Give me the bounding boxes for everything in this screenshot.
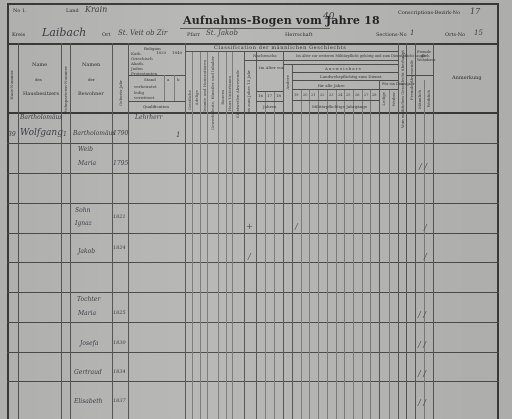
ledige-label: Ledige bbox=[381, 92, 386, 106]
pfarr-label: Pfarr bbox=[187, 32, 200, 38]
birth-year: 1790 bbox=[113, 130, 128, 137]
fremde-label: Fremde Abwesende bbox=[409, 60, 414, 100]
ort-value: St. Veit ob Zir bbox=[118, 29, 167, 37]
birth-year: 1795 bbox=[113, 160, 128, 167]
class-col: Gewerbsleute, Künstler und Inhaber bbox=[210, 56, 215, 130]
age-year: 27 bbox=[364, 93, 368, 97]
col-resident-des: der bbox=[88, 77, 95, 82]
status-row: verwitwet bbox=[134, 95, 154, 100]
age-year: 23 bbox=[329, 93, 333, 97]
kreis-value: Laibach bbox=[42, 26, 86, 39]
religion-row: Protestanten bbox=[131, 71, 157, 76]
age-group-label: Im Alter von bbox=[259, 65, 284, 70]
form-number: No 1. bbox=[13, 8, 27, 14]
ort-label: Ort bbox=[102, 32, 111, 38]
maennlich-label: Männlich bbox=[417, 90, 422, 109]
status-col: b bbox=[177, 77, 180, 82]
jahre-label: Jahren bbox=[263, 104, 276, 109]
age-year: 25 bbox=[346, 93, 350, 97]
resident-relation: Tochter bbox=[77, 296, 100, 303]
resident-name: Maria bbox=[78, 310, 96, 317]
col-house-number: Haus-Nummer bbox=[9, 70, 14, 100]
house-number: 39 bbox=[8, 131, 16, 138]
class-col: Einstweilen Abwesende bbox=[235, 70, 240, 118]
col-birth-year: Geburts-Jahr bbox=[118, 80, 123, 106]
status-row: verheiratet bbox=[134, 84, 157, 89]
age-detail-label: für alle Jahre bbox=[318, 83, 345, 88]
class-col: Geistliche bbox=[187, 90, 192, 110]
family-number: 1 bbox=[63, 131, 67, 138]
tally-mark: / / bbox=[418, 310, 426, 319]
ortsnr-value: 15 bbox=[474, 29, 483, 37]
status-col: a bbox=[167, 77, 169, 82]
total-women-label: Vom weiblichen Geschlecht überhaupt bbox=[400, 50, 405, 128]
section-label: Sections-No bbox=[376, 32, 407, 38]
classification-title: Classification der männlichen Geschlecht… bbox=[214, 45, 346, 51]
foreign-title: Fremde der Wohnhaus bbox=[417, 50, 431, 62]
qualification-label: Qualification bbox=[143, 104, 169, 109]
col-family-number: Wohnparteien-Nummer bbox=[63, 66, 68, 114]
resident-name: Gertraud bbox=[74, 369, 102, 376]
tally-mark: / / bbox=[418, 340, 426, 349]
reserves-label: Ausweisbare bbox=[325, 66, 362, 71]
nachwuchs-label: Nachwuchs bbox=[253, 53, 277, 58]
tally-mark: / / bbox=[419, 162, 427, 171]
class-col: Beamte und Honoratioren bbox=[202, 60, 207, 113]
landwehr-label: Landwehrpflichtig zum Dienst bbox=[320, 74, 381, 79]
resident-name: Elisabeth bbox=[74, 398, 103, 405]
status-title: Stand bbox=[144, 77, 156, 82]
year-suffix: 40 bbox=[323, 12, 334, 22]
form-title: Aufnahms-Bogen vom Jahre 18 bbox=[183, 14, 380, 27]
tally-mark: / / bbox=[418, 369, 426, 378]
herrschaft-label: Herrschaft bbox=[285, 32, 313, 38]
tally-mark: / bbox=[424, 252, 427, 261]
owner-first-name: Bartholomäus bbox=[20, 114, 62, 121]
age-year: 26 bbox=[355, 93, 359, 97]
resident-relation: Weib bbox=[78, 146, 93, 153]
resident-name: Ignaz bbox=[75, 220, 92, 227]
resident-name: Josefa bbox=[80, 340, 98, 347]
age-year: 21 bbox=[311, 93, 315, 97]
tally-mark: / bbox=[248, 252, 251, 261]
under-age-label: bis zum Jahre 15 Jahr bbox=[246, 70, 251, 114]
age-year: 22 bbox=[320, 93, 324, 97]
census-form-sheet: No 1. Land Krain Aufnahms-Bogen vom Jahr… bbox=[0, 0, 512, 419]
birth-year: 1825 bbox=[113, 310, 126, 316]
resident-name: Bartholomäus bbox=[73, 130, 115, 137]
military-note: Im Alter zur weiteren Militärpflicht geh… bbox=[296, 54, 429, 58]
col-resident-sub: Bewohner bbox=[78, 91, 104, 97]
tally-mark: / bbox=[295, 222, 298, 231]
religion-col: 1840 bbox=[172, 50, 182, 55]
resident-name: Jakob bbox=[78, 248, 95, 255]
ortsnr-label: Orts-No bbox=[445, 32, 465, 38]
count-mark: 1 bbox=[176, 131, 180, 139]
birth-year: 1824 bbox=[113, 245, 126, 251]
owner-last-name: Wolfgang bbox=[20, 128, 63, 138]
age-year: 19 bbox=[294, 93, 298, 97]
col-owner-des: des bbox=[35, 77, 42, 82]
qualification: Lehrherr bbox=[135, 114, 162, 121]
birth-year: 1821 bbox=[113, 214, 126, 220]
andere-label: Andere bbox=[285, 75, 290, 90]
age-col: 18 bbox=[276, 93, 281, 98]
col-owner-sub: Hausbesitzers bbox=[23, 91, 59, 97]
class-col: Bauern bbox=[220, 90, 225, 105]
age-col: 17 bbox=[267, 93, 272, 98]
tally-mark: + bbox=[246, 222, 253, 231]
weiber-label: Weiber bbox=[391, 92, 396, 106]
col-owner-title: Name bbox=[32, 62, 47, 68]
class-col: Haus-Untertanen bbox=[227, 76, 232, 111]
religion-col: 1833 bbox=[156, 50, 166, 55]
class-col: Adelige bbox=[194, 90, 199, 105]
land-label: Land bbox=[66, 8, 79, 14]
birth-year: 1837 bbox=[113, 398, 126, 404]
conscription-label: Conscriptions-Bezirk-No bbox=[398, 10, 460, 16]
tally-mark: / / bbox=[418, 398, 426, 407]
conscription-value: 17 bbox=[470, 7, 480, 16]
birth-year: 1830 bbox=[113, 340, 126, 346]
col-resident-title: Namen bbox=[82, 62, 100, 68]
pfarr-value: St. Jakob bbox=[206, 29, 238, 37]
weiblich-label: Weiblich bbox=[426, 90, 431, 107]
land-value: Krain bbox=[85, 5, 107, 14]
age-year: 28 bbox=[372, 93, 376, 97]
birth-year: 1834 bbox=[113, 369, 126, 375]
age-year: 20 bbox=[303, 93, 307, 97]
resident-relation: Sohn bbox=[75, 207, 90, 214]
kreis-label: Kreis bbox=[12, 32, 25, 38]
bottom-age-label: Militärpflichtige Jahrgänge bbox=[312, 104, 367, 109]
age-col: 16 bbox=[258, 93, 263, 98]
age-year: 24 bbox=[338, 93, 342, 97]
tally-mark: / bbox=[424, 223, 427, 232]
remarks-label: Anmerkung bbox=[452, 75, 482, 81]
section-value: 1 bbox=[410, 29, 414, 37]
resident-name: Maria bbox=[78, 160, 96, 167]
